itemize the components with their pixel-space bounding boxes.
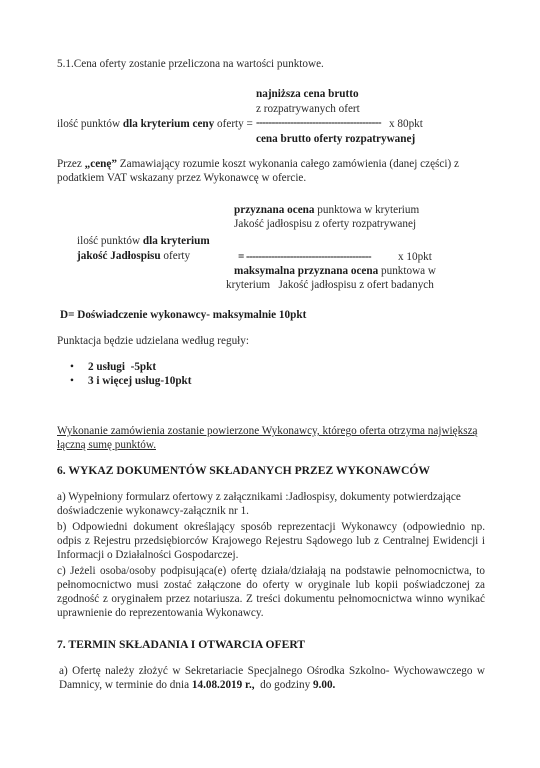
menu-den-bold: maksymalna przyznana ocena <box>234 265 378 277</box>
doc-item-c: c) Jeżeli osoba/osoby podpisująca(e) ofe… <box>57 564 485 620</box>
price-lhs-part1: ilość punktów <box>57 118 123 130</box>
menu-lhs-line2-bold: jakość Jadłospisu <box>77 250 161 262</box>
doc-item-a: a) Wypełniony formularz ofertowy z załąc… <box>57 490 485 518</box>
menu-lhs-part1: ilość punktów <box>77 235 143 247</box>
bullet-icon: • <box>70 374 74 388</box>
price-def-bold: „cenę” <box>85 158 117 170</box>
menu-num-rest: punktowa w kryterium <box>314 204 419 216</box>
section-intro: 5.1.Cena oferty zostanie przeliczona na … <box>57 57 324 71</box>
price-lhs-part2: oferty = <box>214 118 253 130</box>
section-7-heading: 7. TERMIN SKŁADANIA I OTWARCIA OFERT <box>57 638 305 652</box>
experience-heading: D= Doświadczenie wykonawcy- maksymalnie … <box>60 308 306 322</box>
menu-lhs-line2-rest: oferty <box>161 250 191 262</box>
price-formula-denominator: cena brutto oferty rozpatrywanej <box>256 132 415 146</box>
award-note: Wykonanie zamówienia zostanie powierzone… <box>57 424 485 452</box>
menu-formula-lhs-line2: jakość Jadłospisu oferty <box>77 249 190 263</box>
menu-den-rest: punktowa w <box>378 265 436 277</box>
list-item: •3 i więcej usług-10pkt <box>70 374 191 388</box>
price-lhs-bold: dla kryterium ceny <box>123 118 214 130</box>
experience-rule-intro: Punktacja będzie udzielana według reguły… <box>57 334 249 348</box>
price-formula-lhs: ilość punktów dla kryterium ceny oferty … <box>57 117 253 131</box>
menu-formula-numerator-line2: Jakość jadłospisu z oferty rozpatrywanej <box>234 217 416 231</box>
price-formula-numerator-bold: najniższa cena brutto <box>256 87 359 101</box>
bullet-text: 2 usługi -5pkt <box>88 361 156 373</box>
bullet-text: 3 i więcej usług-10pkt <box>88 375 191 387</box>
menu-num-bold: przyznana ocena <box>234 204 314 216</box>
price-fraction-line: ---------------------------------------- <box>256 116 381 130</box>
section-6-heading: 6. WYKAZ DOKUMENTÓW SKŁADANYCH PRZEZ WYK… <box>57 464 430 478</box>
doc-item-b: b) Odpowiedni dokument określający sposó… <box>57 520 485 562</box>
price-formula-numerator-rest: z rozpatrywanych ofert <box>256 102 360 116</box>
menu-formula-denominator-line1: maksymalna przyznana ocena punktowa w <box>234 264 436 278</box>
menu-fraction-line: = --------------------------------------… <box>238 250 371 264</box>
submission-date: 14.08.2019 r., <box>192 679 255 691</box>
experience-bullet-list: •2 usługi -5pkt •3 i więcej usług-10pkt <box>70 360 191 388</box>
menu-lhs-bold: dla kryterium <box>143 235 210 247</box>
submission-item-a: a) Ofertę należy złożyć w Sekretariacie … <box>59 664 485 692</box>
menu-formula-lhs-line1: ilość punktów dla kryterium <box>77 234 210 248</box>
menu-formula-numerator-line1: przyznana ocena punktowa w kryterium <box>234 203 419 217</box>
price-multiplier: x 80pkt <box>389 117 423 131</box>
list-item: •2 usługi -5pkt <box>70 360 191 374</box>
submission-time: 9.00. <box>313 679 335 691</box>
submission-part2: do godziny <box>255 679 313 691</box>
menu-multiplier: x 10pkt <box>398 250 432 264</box>
price-def-part2: Zamawiający rozumie koszt wykonania całe… <box>57 158 459 184</box>
price-def-part1: Przez <box>57 158 85 170</box>
price-definition: Przez „cenę” Zamawiający rozumie koszt w… <box>57 157 485 185</box>
menu-formula-denominator-line2: kryterium Jakość jadłospisu z ofert bada… <box>226 278 434 292</box>
bullet-icon: • <box>70 360 74 374</box>
